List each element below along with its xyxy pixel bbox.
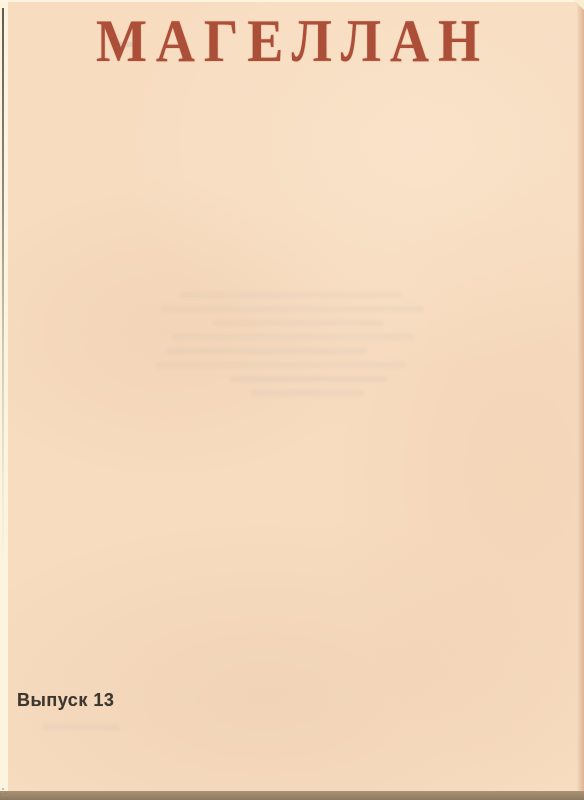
left-crease-line [2,8,4,568]
bottom-scan-border [0,791,584,800]
show-through-smudge [156,362,407,368]
show-through-smudge [230,376,387,382]
show-through-smudge [42,724,120,730]
issue-label: Выпуск 13 [17,690,114,711]
show-through-smudge [179,292,401,298]
top-page-edge [0,0,584,2]
page-title: МАГЕЛЛАН [8,6,577,75]
show-through-smudge [250,390,364,396]
scanned-book-page: МАГЕЛЛАН Выпуск 13 [0,0,584,800]
bottom-left-corner-speck [0,786,9,796]
show-through-smudge [167,348,367,354]
show-through-smudge [213,320,384,326]
right-page-edge [577,0,584,791]
show-through-ghost-lower [42,724,120,738]
show-through-smudge [173,334,415,340]
show-through-smudge [161,306,423,312]
show-through-ghost-text [150,292,435,412]
